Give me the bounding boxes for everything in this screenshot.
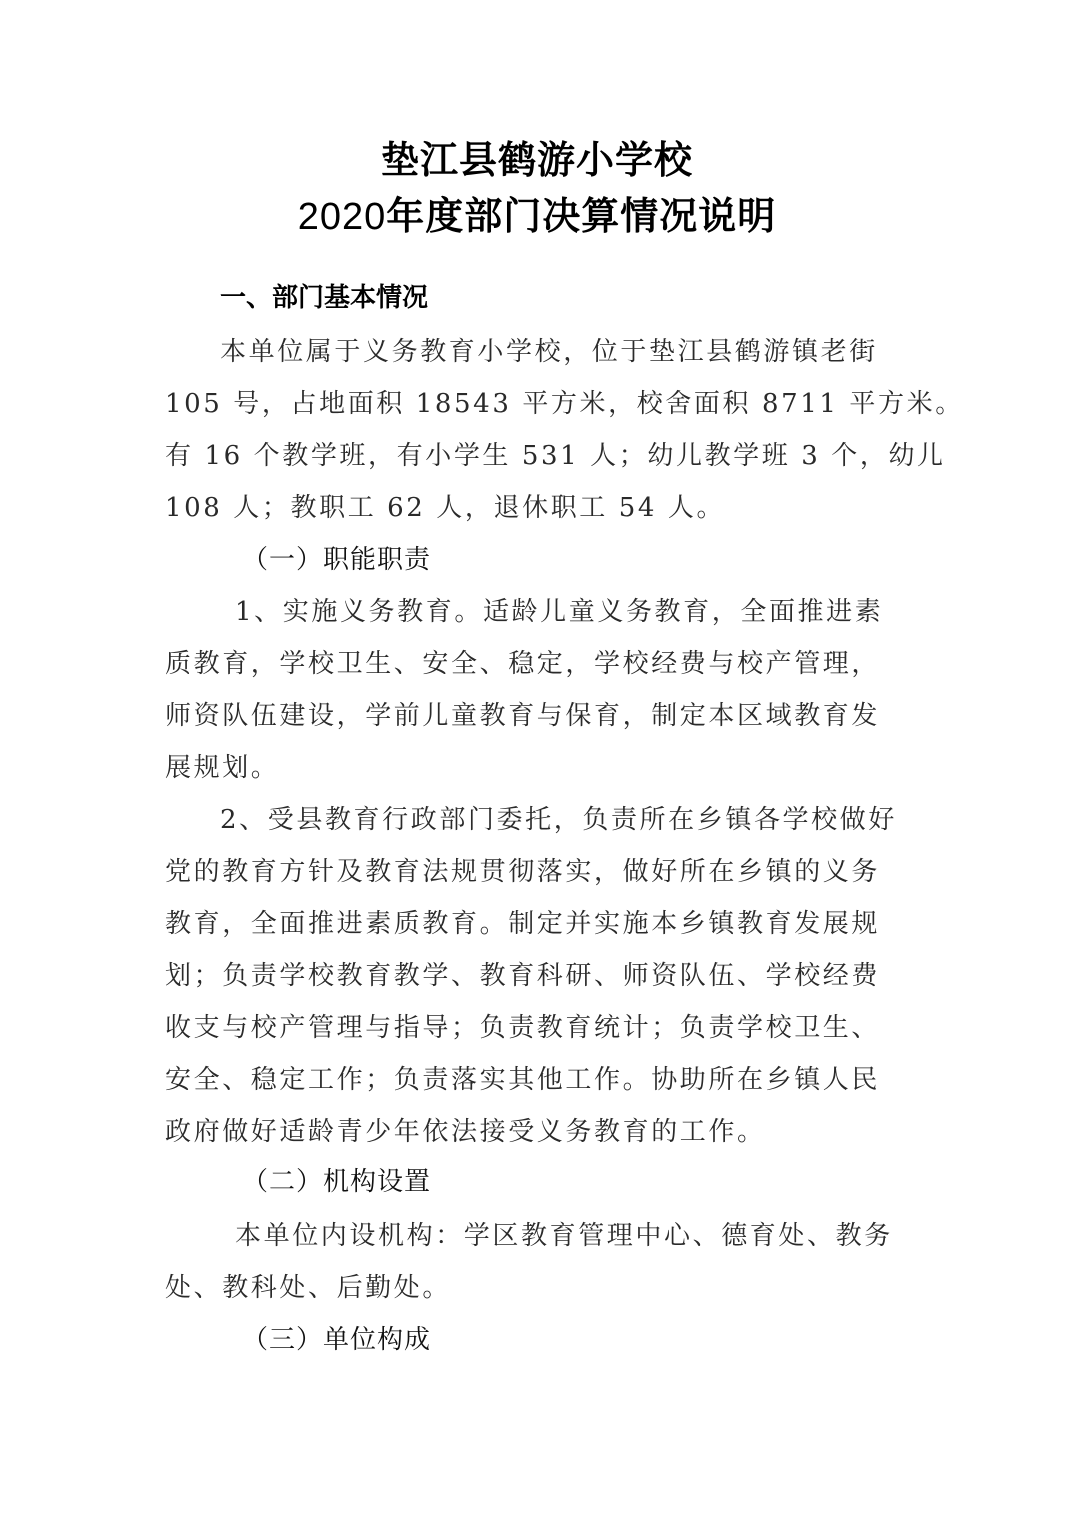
paragraph-line: 师资队伍建设，学前儿童教育与保育，制定本区域教育发: [165, 698, 910, 734]
paragraph-line: 有 16 个教学班，有小学生 531 人；幼儿教学班 3 个，幼儿: [165, 438, 910, 474]
paragraph-line: 1、实施义务教育。适龄儿童义务教育，全面推进素: [235, 594, 980, 630]
paragraph-line: 108 人；教职工 62 人，退休职工 54 人。: [165, 490, 910, 526]
paragraph-line: 本单位内设机构：学区教育管理中心、德育处、教务: [235, 1218, 980, 1254]
paragraph-line: 处、教科处、后勤处。: [165, 1270, 910, 1306]
document-title: 垫江县鹤游小学校: [0, 136, 1074, 184]
paragraph-line: 105 号，占地面积 18543 平方米，校舍面积 8711 平方米。: [165, 386, 910, 422]
paragraph-line: 划；负责学校教育教学、教育科研、师资队伍、学校经费: [165, 958, 910, 994]
section-heading-basic-info: 一、部门基本情况: [220, 280, 428, 316]
paragraph-line: 政府做好适龄青少年依法接受义务教育的工作。: [165, 1114, 910, 1150]
document-page: 垫江县鹤游小学校 2020年度部门决算情况说明 一、部门基本情况 本单位属于义务…: [0, 0, 1074, 1520]
title-school-name: 垫江县鹤游小学校: [381, 138, 693, 182]
paragraph-line: 本单位属于义务教育小学校，位于垫江县鹤游镇老街: [220, 334, 965, 370]
subsection-heading-functions: （一）职能职责: [242, 542, 431, 578]
paragraph-line: 2、受县教育行政部门委托，负责所在乡镇各学校做好: [220, 802, 965, 838]
paragraph-line: 质教育，学校卫生、安全、稳定，学校经费与校产管理，: [165, 646, 910, 682]
document-subtitle: 2020年度部门决算情况说明: [0, 192, 1074, 241]
title-subtitle-text: 年度部门决算情况说明: [386, 194, 776, 238]
subsection-heading-organization: （二）机构设置: [242, 1164, 431, 1200]
paragraph-line: 党的教育方针及教育法规贯彻落实，做好所在乡镇的义务: [165, 854, 910, 890]
paragraph-line: 安全、稳定工作；负责落实其他工作。协助所在乡镇人民: [165, 1062, 910, 1098]
paragraph-line: 收支与校产管理与指导；负责教育统计；负责学校卫生、: [165, 1010, 910, 1046]
title-year: 2020: [298, 196, 387, 238]
paragraph-line: 展规划。: [165, 750, 910, 786]
paragraph-line: 教育，全面推进素质教育。制定并实施本乡镇教育发展规: [165, 906, 910, 942]
subsection-heading-composition: （三）单位构成: [242, 1322, 431, 1358]
